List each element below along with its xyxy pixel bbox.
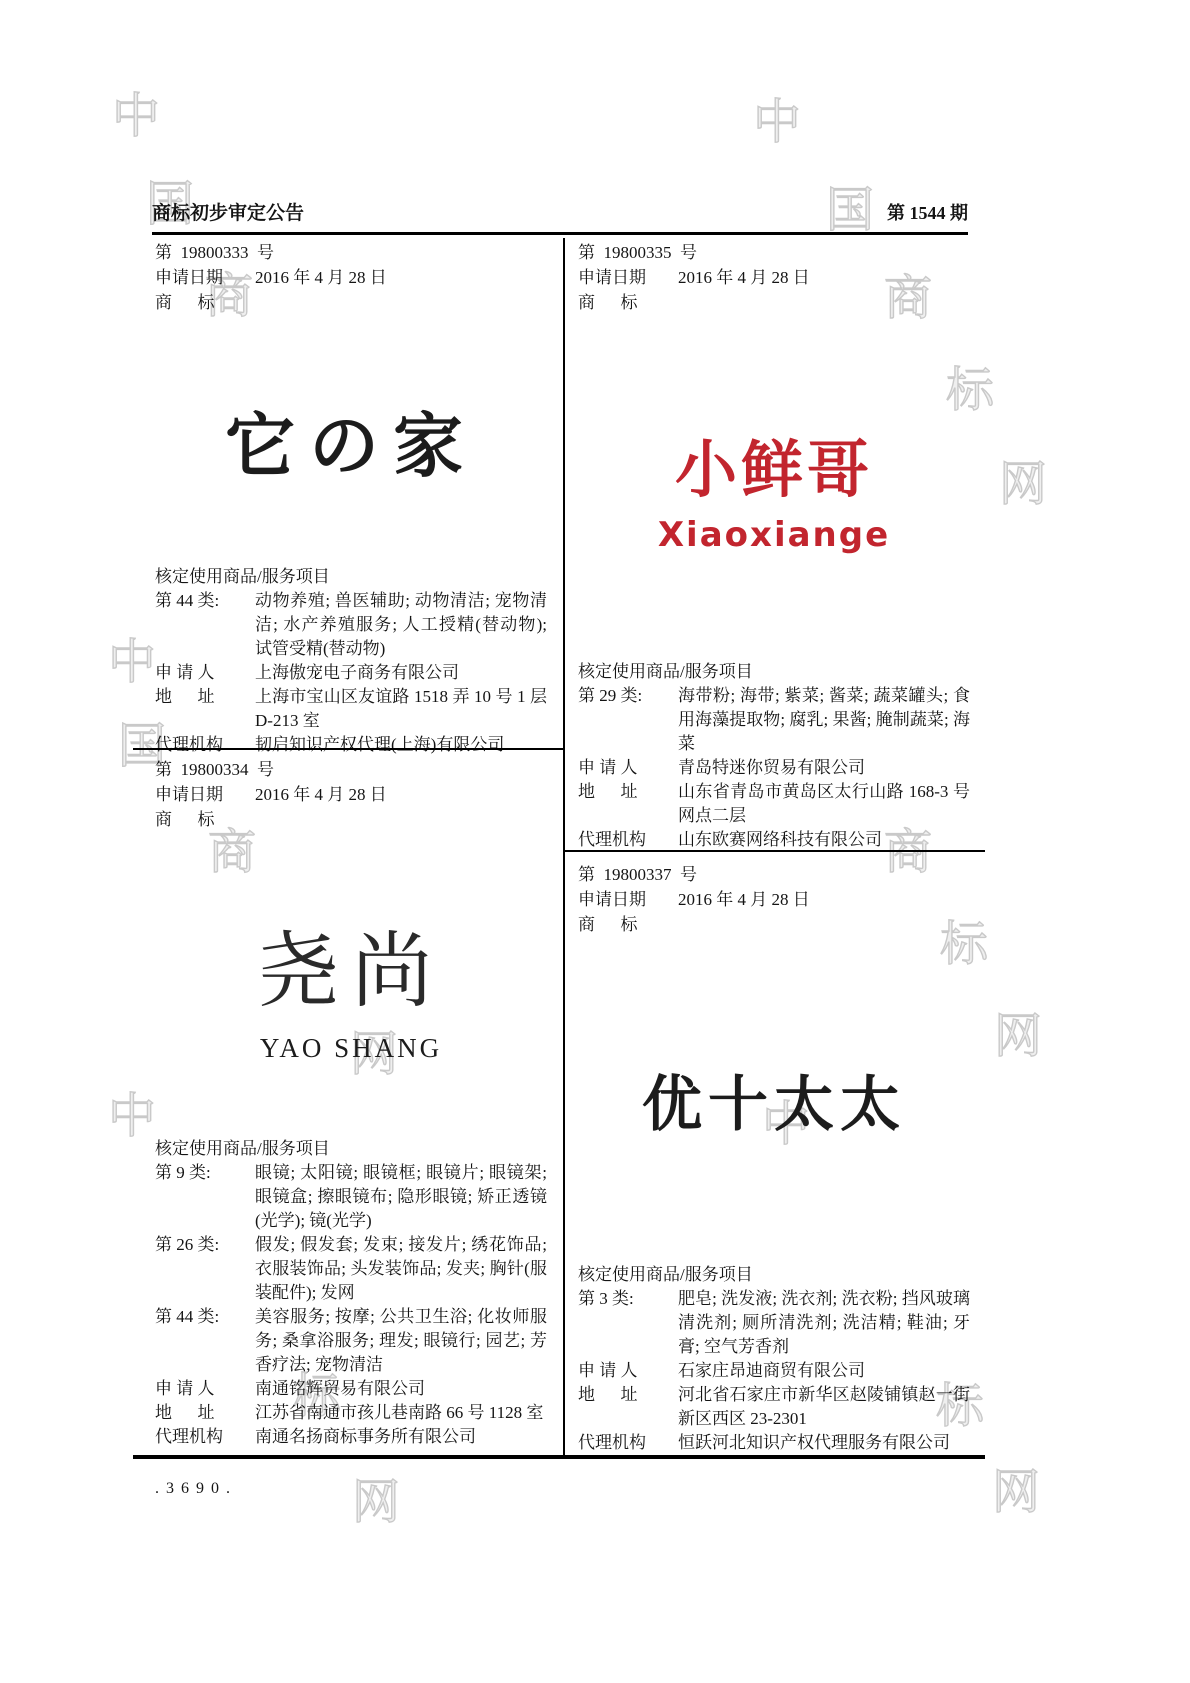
class-items: 肥皂; 洗发液; 洗衣剂; 洗衣粉; 挡风玻璃清洗剂; 厕所清洗剂; 洗洁精; … xyxy=(678,1287,970,1359)
application-number: 第 19800333 号 xyxy=(155,240,547,265)
trademark-logo: 尧尚 YAO SHANG xyxy=(155,832,547,1137)
agent-label: 代理机构 xyxy=(155,733,255,757)
agent-name: 南通名扬商标事务所有限公司 xyxy=(255,1425,547,1449)
applicant-name: 石家庄昂迪商贸有限公司 xyxy=(678,1359,970,1383)
address-value: 山东省青岛市黄岛区太行山路 168-3 号网点二层 xyxy=(678,780,970,828)
mark-label: 商 标 xyxy=(578,290,970,315)
address-value: 江苏省南通市孩儿巷南路 66 号 1128 室 xyxy=(255,1401,547,1425)
application-date-label: 申请日期 xyxy=(578,887,678,912)
goods-section-title: 核定使用商品/服务项目 xyxy=(578,660,970,684)
trademark-entry-19800335: 第 19800335 号 申请日期 2016 年 4 月 28 日 商 标 小鲜… xyxy=(578,240,970,852)
applicant-name: 南通铭辉贸易有限公司 xyxy=(255,1377,547,1401)
application-number: 第 19800335 号 xyxy=(578,240,970,265)
class-label: 第 29 类: xyxy=(578,684,678,756)
mark-label: 商 标 xyxy=(155,290,547,315)
class-label: 第 3 类: xyxy=(578,1287,678,1359)
agent-label: 代理机构 xyxy=(578,1431,678,1455)
trademark-logo: 它の家 xyxy=(155,315,547,565)
agent-name: 韧启知识产权代理(上海)有限公司 xyxy=(255,733,547,757)
trademark-logo-text: 小鲜哥 xyxy=(675,420,873,509)
applicant-name: 青岛特迷你贸易有限公司 xyxy=(678,756,970,780)
class-label: 第 44 类: xyxy=(155,589,255,661)
trademark-entry-19800337: 第 19800337 号 申请日期 2016 年 4 月 28 日 商 标 优十… xyxy=(578,862,970,1455)
agent-label: 代理机构 xyxy=(155,1425,255,1449)
column-divider-vertical xyxy=(563,238,565,1456)
trademark-logo-text: 尧尚 xyxy=(257,906,445,1023)
trademark-logo: 小鲜哥 Xiaoxiange xyxy=(578,315,970,660)
application-date-label: 申请日期 xyxy=(155,782,255,807)
application-number: 第 19800337 号 xyxy=(578,862,970,887)
entry-divider-right xyxy=(563,850,985,852)
trademark-entry-19800334: 第 19800334 号 申请日期 2016 年 4 月 28 日 商 标 尧尚… xyxy=(155,757,547,1449)
entry-divider-left xyxy=(133,748,563,750)
bottom-rule xyxy=(133,1455,985,1459)
applicant-label: 申 请 人 xyxy=(155,661,255,685)
goods-section-title: 核定使用商品/服务项目 xyxy=(155,1137,547,1161)
class-label: 第 26 类: xyxy=(155,1233,255,1305)
mark-label: 商 标 xyxy=(155,807,547,832)
applicant-name: 上海傲宠电子商务有限公司 xyxy=(255,661,547,685)
goods-section-title: 核定使用商品/服务项目 xyxy=(155,565,547,589)
watermark-glyph: 中 xyxy=(108,638,156,686)
goods-section-title: 核定使用商品/服务项目 xyxy=(578,1263,970,1287)
address-label: 地 址 xyxy=(578,780,678,828)
watermark-glyph: 网 xyxy=(992,1468,1040,1516)
gazette-page: 网标网标网中中网标商商国中网标商国中商国中 商标初步审定公告 第 1544 期 … xyxy=(0,0,1190,1683)
class-items: 假发; 假发套; 发束; 接发片; 绣花饰品; 衣服装饰品; 头发装饰品; 发夹… xyxy=(255,1233,547,1305)
mark-label: 商 标 xyxy=(578,912,970,937)
application-date-value: 2016 年 4 月 28 日 xyxy=(678,887,810,912)
application-number: 第 19800334 号 xyxy=(155,757,547,782)
issue-number: 第 1544 期 xyxy=(887,199,968,225)
trademark-logo-latin: Xiaoxiange xyxy=(658,515,890,555)
trademark-logo-latin: YAO SHANG xyxy=(260,1033,442,1064)
watermark-glyph: 网 xyxy=(994,1012,1042,1060)
class-label: 第 44 类: xyxy=(155,1305,255,1377)
watermark-glyph: 中 xyxy=(108,1092,156,1140)
application-date-label: 申请日期 xyxy=(155,265,255,290)
applicant-label: 申 请 人 xyxy=(578,756,678,780)
address-label: 地 址 xyxy=(155,685,255,733)
watermark-glyph: 网 xyxy=(352,1478,400,1526)
class-items: 眼镜; 太阳镜; 眼镜框; 眼镜片; 眼镜架; 眼镜盒; 擦眼镜布; 隐形眼镜;… xyxy=(255,1161,547,1233)
address-label: 地 址 xyxy=(578,1383,678,1431)
agent-name: 恒跃河北知识产权代理服务有限公司 xyxy=(678,1431,970,1455)
applicant-label: 申 请 人 xyxy=(155,1377,255,1401)
watermark-glyph: 网 xyxy=(999,460,1047,508)
application-date-label: 申请日期 xyxy=(578,265,678,290)
applicant-label: 申 请 人 xyxy=(578,1359,678,1383)
application-date-value: 2016 年 4 月 28 日 xyxy=(255,782,387,807)
page-number: .3690. xyxy=(155,1480,237,1498)
class-items: 动物养殖; 兽医辅助; 动物清洁; 宠物清洁; 水产养殖服务; 人工授精(替动物… xyxy=(255,589,547,661)
page-header: 商标初步审定公告 第 1544 期 xyxy=(152,198,968,235)
trademark-logo-text: 优十太太 xyxy=(642,1057,906,1143)
agent-name: 山东欧赛网络科技有限公司 xyxy=(678,828,970,852)
class-label: 第 9 类: xyxy=(155,1161,255,1233)
application-date-value: 2016 年 4 月 28 日 xyxy=(678,265,810,290)
watermark-glyph: 中 xyxy=(753,98,801,146)
trademark-entry-19800333: 第 19800333 号 申请日期 2016 年 4 月 28 日 商 标 它の… xyxy=(155,240,547,757)
address-value: 上海市宝山区友谊路 1518 弄 10 号 1 层 D-213 室 xyxy=(255,685,547,733)
application-date-value: 2016 年 4 月 28 日 xyxy=(255,265,387,290)
class-items: 美容服务; 按摩; 公共卫生浴; 化妆师服务; 桑拿浴服务; 理发; 眼镜行; … xyxy=(255,1305,547,1377)
trademark-logo: 优十太太 xyxy=(578,937,970,1263)
address-label: 地 址 xyxy=(155,1401,255,1425)
address-value: 河北省石家庄市新华区赵陵铺镇赵一街新区西区 23-2301 xyxy=(678,1383,970,1431)
class-items: 海带粉; 海带; 紫菜; 酱菜; 蔬菜罐头; 食用海藻提取物; 腐乳; 果酱; … xyxy=(678,684,970,756)
gazette-title: 商标初步审定公告 xyxy=(152,198,304,225)
watermark-glyph: 中 xyxy=(112,92,160,140)
agent-label: 代理机构 xyxy=(578,828,678,852)
trademark-logo-text: 它の家 xyxy=(225,390,477,491)
